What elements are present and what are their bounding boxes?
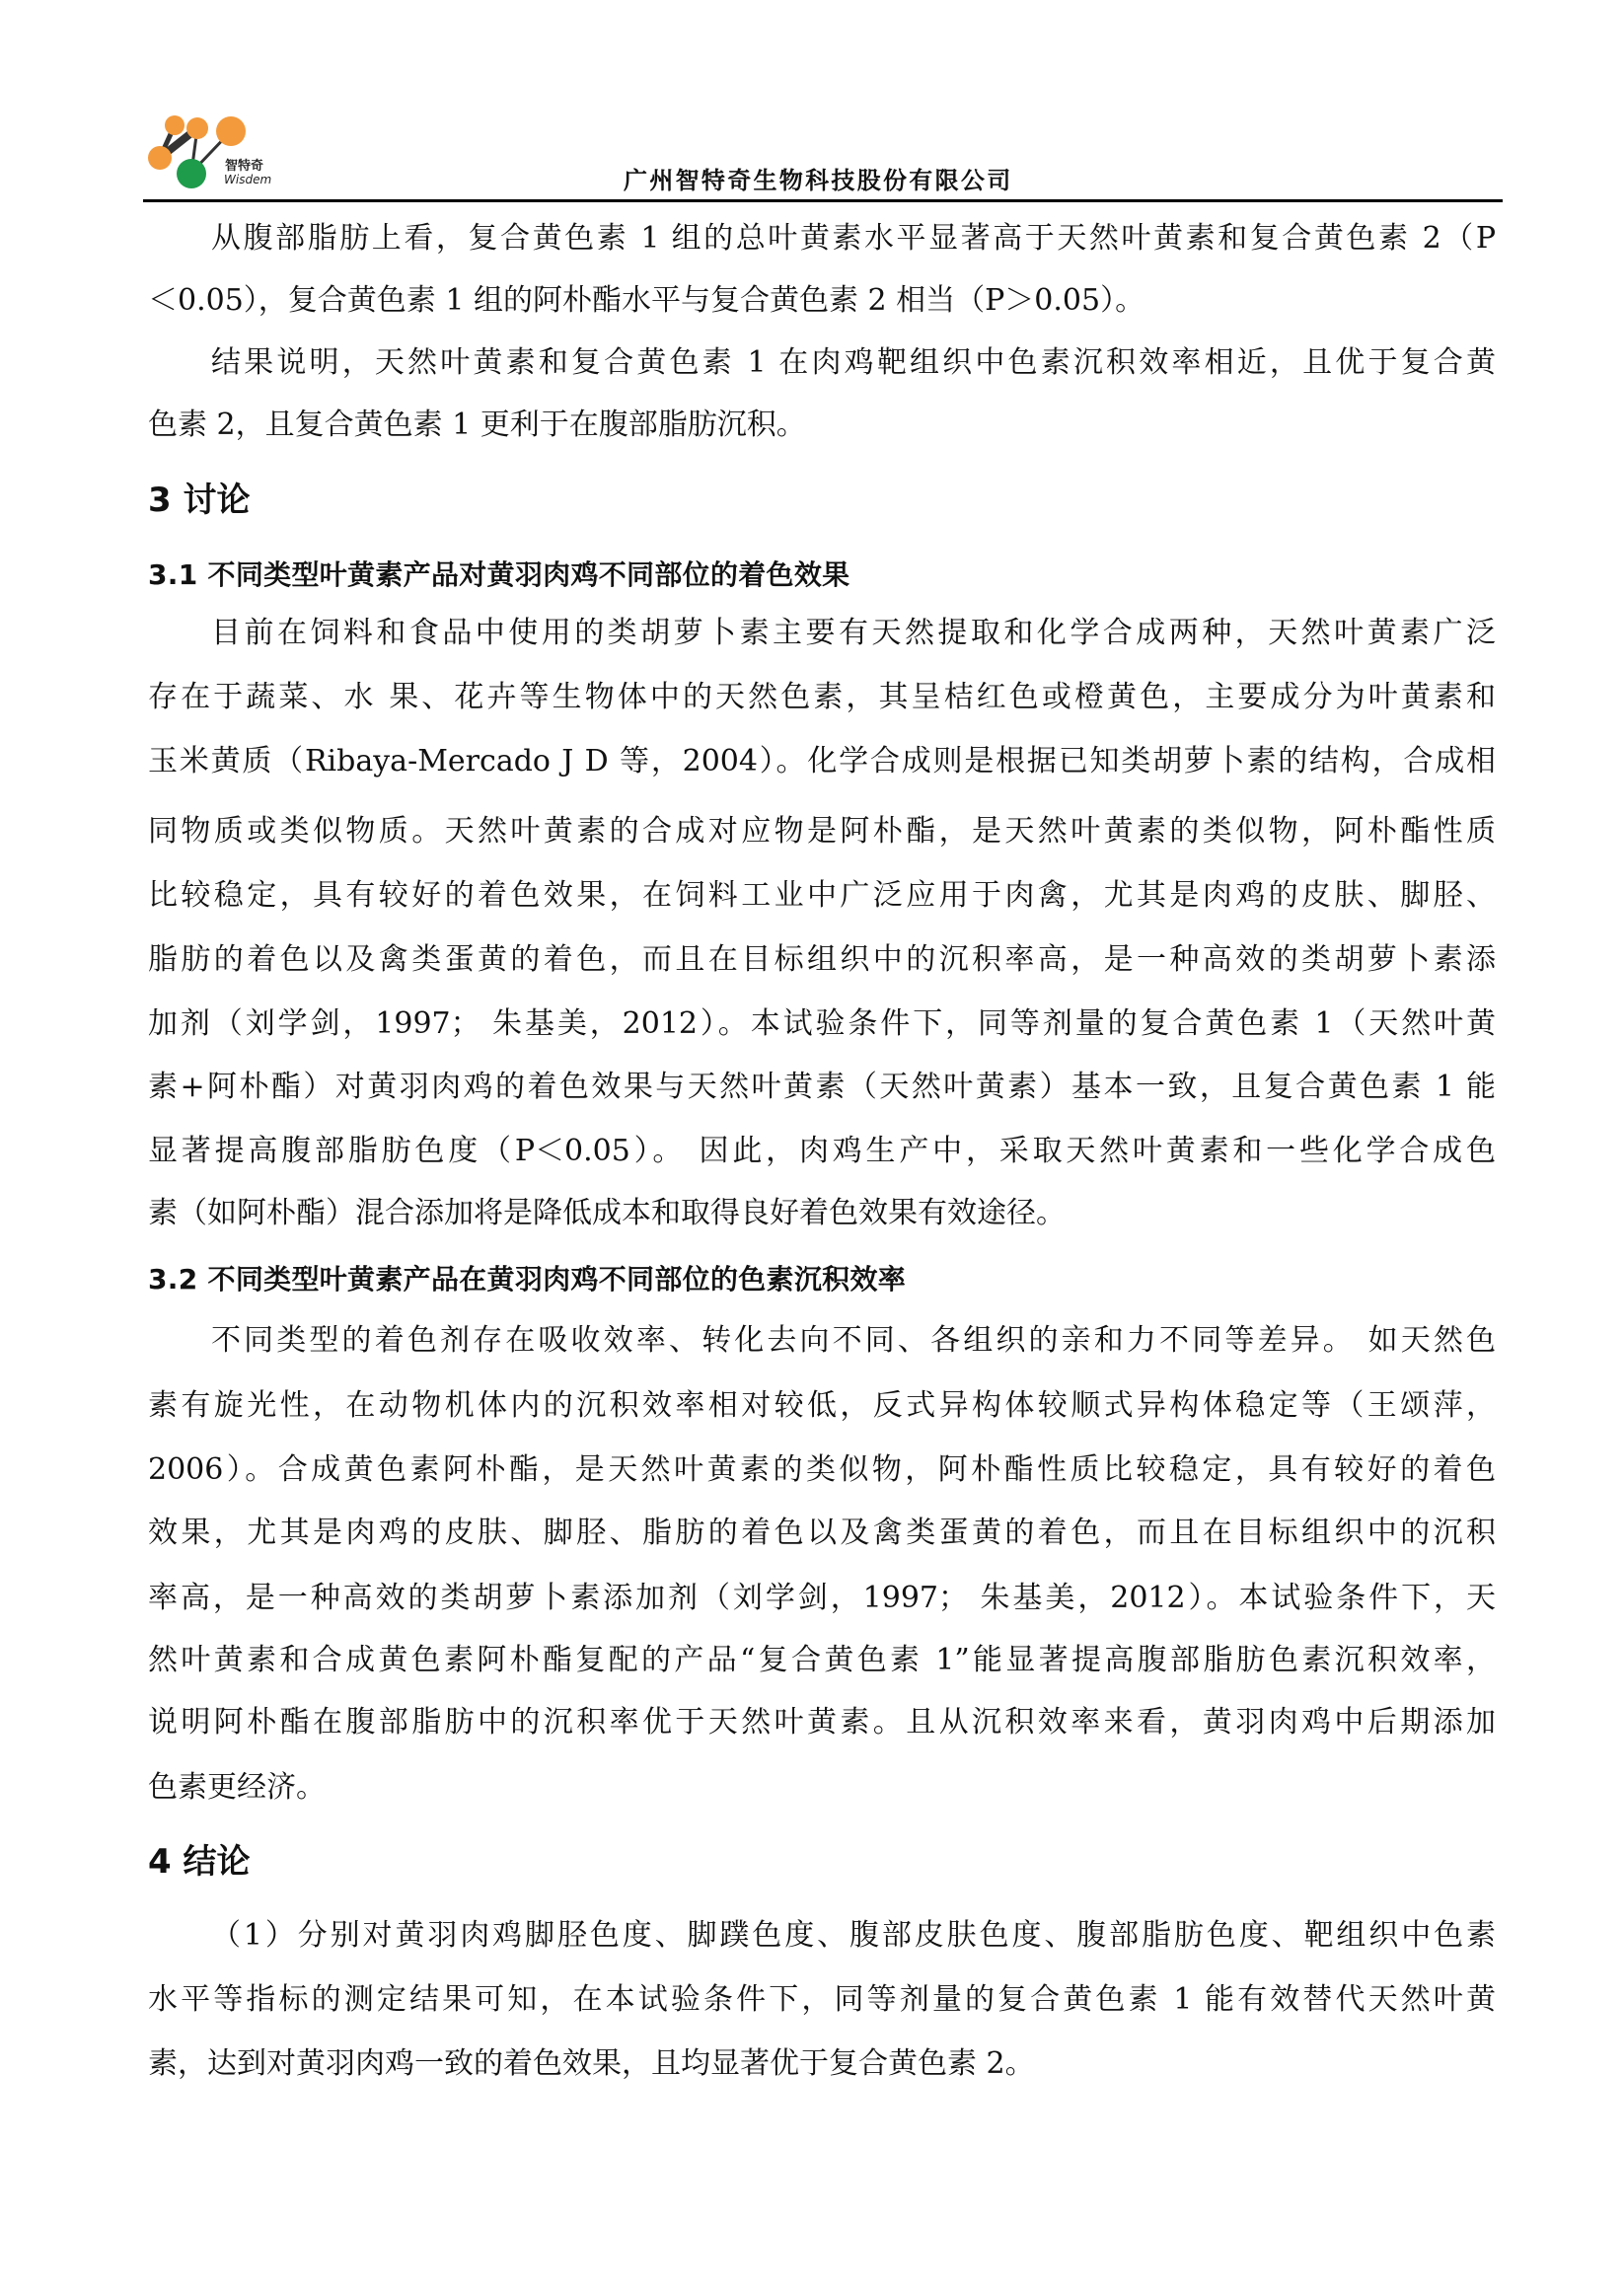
paragraph-line: 玉米黄质（Ribaya-Mercado J D 等，2004）。化学合成则是根据… xyxy=(148,742,1496,781)
paragraph-line: 加剂（刘学剑，1997； 朱基美，2012）。本试验条件下，同等剂量的复合黄色素… xyxy=(148,1004,1496,1044)
paragraph-line: 素（如阿朴酯）混合添加将是降低成本和取得良好着色效果有效途径。 xyxy=(148,1194,1496,1233)
paragraph-line: 脂肪的着色以及禽类蛋黄的着色，而且在目标组织中的沉积率高，是一种高效的类胡萝卜素… xyxy=(148,940,1496,980)
paragraph-line: 结果说明，天然叶黄素和复合黄色素 1 在肉鸡靶组织中色素沉积效率相近，且优于复合… xyxy=(211,343,1496,383)
paragraph-line: 从腹部脂肪上看，复合黄色素 1 组的总叶黄素水平显著高于天然叶黄素和复合黄色素 … xyxy=(211,219,1496,259)
paragraph-line: 比较稳定，具有较好的着色效果，在饲料工业中广泛应用于肉禽，尤其是肉鸡的皮肤、脚胫… xyxy=(148,876,1496,916)
paragraph-line: 效果，尤其是肉鸡的皮肤、脚胫、脂肪的着色以及禽类蛋黄的着色，而且在目标组织中的沉… xyxy=(148,1514,1496,1553)
paragraph-line: 率高，是一种高效的类胡萝卜素添加剂（刘学剑，1997； 朱基美，2012）。本试… xyxy=(148,1579,1496,1618)
company-name: 广州智特奇生物科技股份有限公司 xyxy=(624,166,1013,195)
header-divider xyxy=(143,199,1503,202)
paragraph-line: 水平等指标的测定结果可知，在本试验条件下，同等剂量的复合黄色素 1 能有效替代天… xyxy=(148,1980,1496,2020)
section-heading-discussion: 3 讨论 xyxy=(148,479,251,522)
svg-text:Wisdem: Wisdem xyxy=(224,173,271,186)
paragraph-line: 说明阿朴酯在腹部脂肪中的沉积率优于天然叶黄素。且从沉积效率来看，黄羽肉鸡中后期添… xyxy=(148,1703,1496,1742)
company-logo: 智特奇 Wisdem xyxy=(143,109,291,197)
paragraph-line: （1）分别对黄羽肉鸡脚胫色度、脚蹼色度、腹部皮肤色度、腹部脂肪色度、靶组织中色素 xyxy=(211,1916,1496,1956)
subsection-heading-3-2: 3.2 不同类型叶黄素产品在黄羽肉鸡不同部位的色素沉积效率 xyxy=(148,1260,906,1299)
paragraph-line: 2006）。合成黄色素阿朴酯，是天然叶黄素的类似物，阿朴酯性质比较稳定，具有较好… xyxy=(148,1450,1496,1490)
svg-text:智特奇: 智特奇 xyxy=(225,158,263,174)
paragraph-line: 素有旋光性，在动物机体内的沉积效率相对较低，反式异构体较顺式异构体稳定等（王颂萍… xyxy=(148,1386,1496,1426)
subsection-heading-3-1: 3.1 不同类型叶黄素产品对黄羽肉鸡不同部位的着色效果 xyxy=(148,555,849,595)
paragraph-line: 存在于蔬菜、水 果、花卉等生物体中的天然色素，其呈桔红色或橙黄色，主要成分为叶黄… xyxy=(148,678,1496,717)
paragraph-line: 目前在饲料和食品中使用的类胡萝卜素主要有天然提取和化学合成两种，天然叶黄素广泛 xyxy=(211,614,1496,653)
paragraph-line: 色素更经济。 xyxy=(148,1768,1496,1808)
paragraph-line: 同物质或类似物质。天然叶黄素的合成对应物是阿朴酯，是天然叶黄素的类似物，阿朴酯性… xyxy=(148,812,1496,852)
paragraph-line: 显著提高腹部脂肪色度（P＜0.05）。 因此，肉鸡生产中，采取天然叶黄素和一些化… xyxy=(148,1132,1496,1171)
paragraph-line: 素+阿朴酯）对黄羽肉鸡的着色效果与天然叶黄素（天然叶黄素）基本一致，且复合黄色素… xyxy=(148,1068,1496,1107)
wisdem-molecule-logo-icon: 智特奇 Wisdem xyxy=(143,109,291,197)
paragraph-line: 然叶黄素和合成黄色素阿朴酯复配的产品“复合黄色素 1”能显著提高腹部脂肪色素沉积… xyxy=(148,1641,1496,1680)
section-heading-conclusion: 4 结论 xyxy=(148,1840,251,1884)
paragraph-line: ＜0.05），复合黄色素 1 组的阿朴酯水平与复合黄色素 2 相当（P＞0.05… xyxy=(148,281,1496,321)
paragraph-line: 素，达到对黄羽肉鸡一致的着色效果，且均显著优于复合黄色素 2。 xyxy=(148,2044,1496,2084)
paragraph-line: 不同类型的着色剂存在吸收效率、转化去向不同、各组织的亲和力不同等差异。 如天然色 xyxy=(211,1321,1496,1361)
paragraph-line: 色素 2，且复合黄色素 1 更利于在腹部脂肪沉积。 xyxy=(148,406,1496,445)
